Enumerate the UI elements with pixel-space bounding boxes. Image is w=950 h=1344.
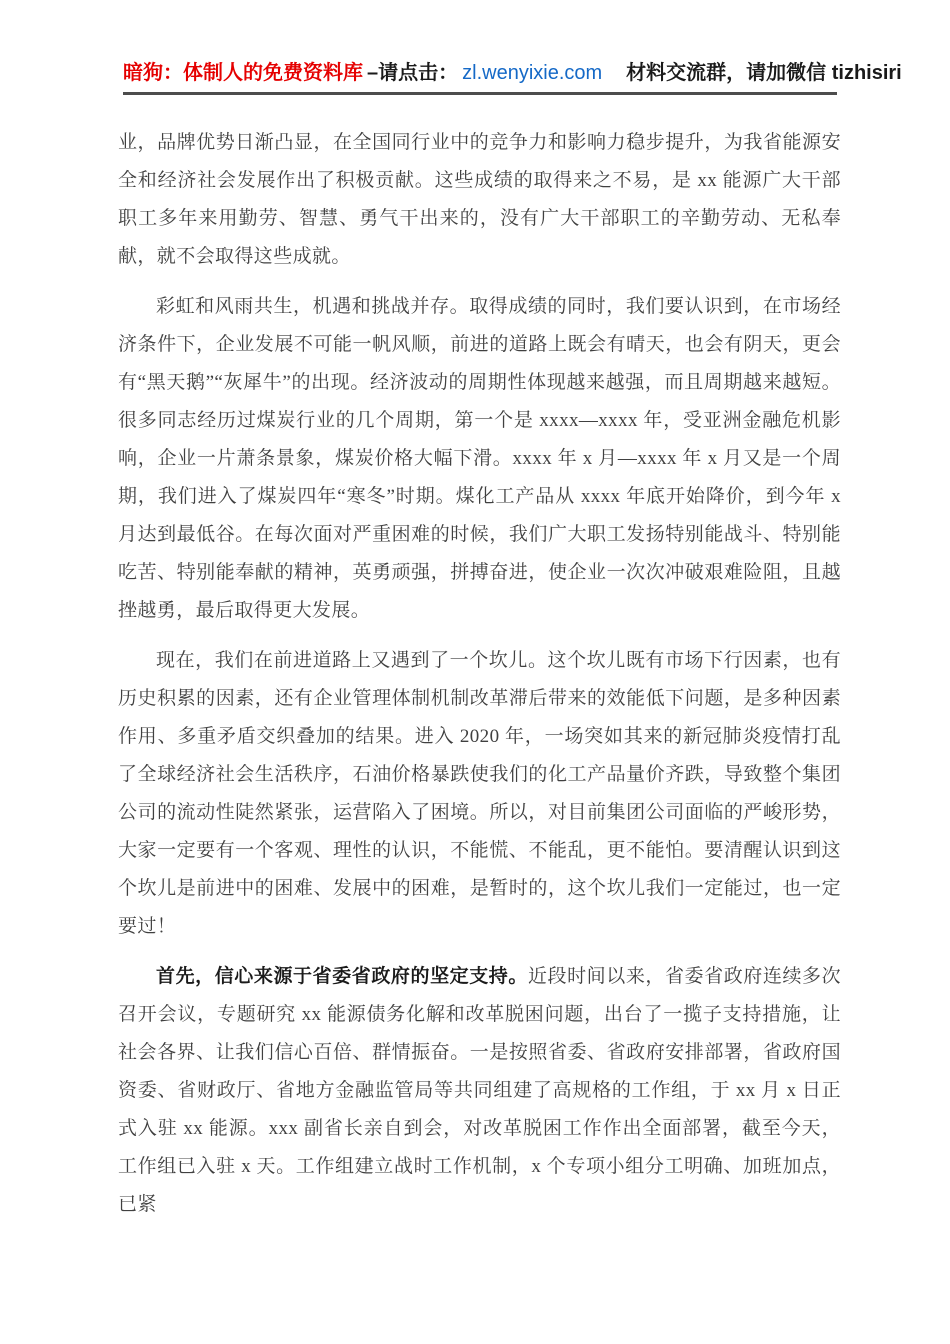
paragraph-3: 现在，我们在前进道路上又遇到了一个坎儿。这个坎儿既有市场下行因素，也有历史积累的…: [118, 642, 841, 946]
header-divider: [123, 92, 837, 95]
paragraph-4: 首先，信心来源于省委省政府的坚定支持。近段时间以来，省委省政府连续多次召开会议，…: [118, 958, 841, 1224]
paragraph-4-bold-lead: 首先，信心来源于省委省政府的坚定支持。: [156, 966, 528, 987]
site-link[interactable]: zl.wenyixie.com: [462, 62, 602, 84]
click-prompt-text: –请点击：: [367, 62, 458, 84]
paragraph-2: 彩虹和风雨共生，机遇和挑战并存。取得成绩的同时，我们要认识到，在市场经济条件下，…: [118, 288, 841, 630]
paragraph-1: 业，品牌优势日渐凸显，在全国同行业中的竞争力和影响力稳步提升，为我省能源安全和经…: [118, 124, 841, 276]
promo-header: 暗狗：体制人的免费资料库–请点击：zl.wenyixie.com材料交流群，请加…: [123, 60, 837, 86]
paragraph-4-body-text: 近段时间以来，省委省政府连续多次召开会议，专题研究 xx 能源债务化解和改革脱困…: [118, 966, 841, 1215]
document-body: 业，品牌优势日渐凸显，在全国同行业中的竞争力和影响力稳步提升，为我省能源安全和经…: [118, 124, 841, 1236]
brand-text: 暗狗：体制人的免费资料库: [123, 62, 363, 84]
document-page: 暗狗：体制人的免费资料库–请点击：zl.wenyixie.com材料交流群，请加…: [0, 0, 950, 1344]
wechat-contact-text: 材料交流群，请加微信 tizhisiri: [626, 62, 902, 84]
